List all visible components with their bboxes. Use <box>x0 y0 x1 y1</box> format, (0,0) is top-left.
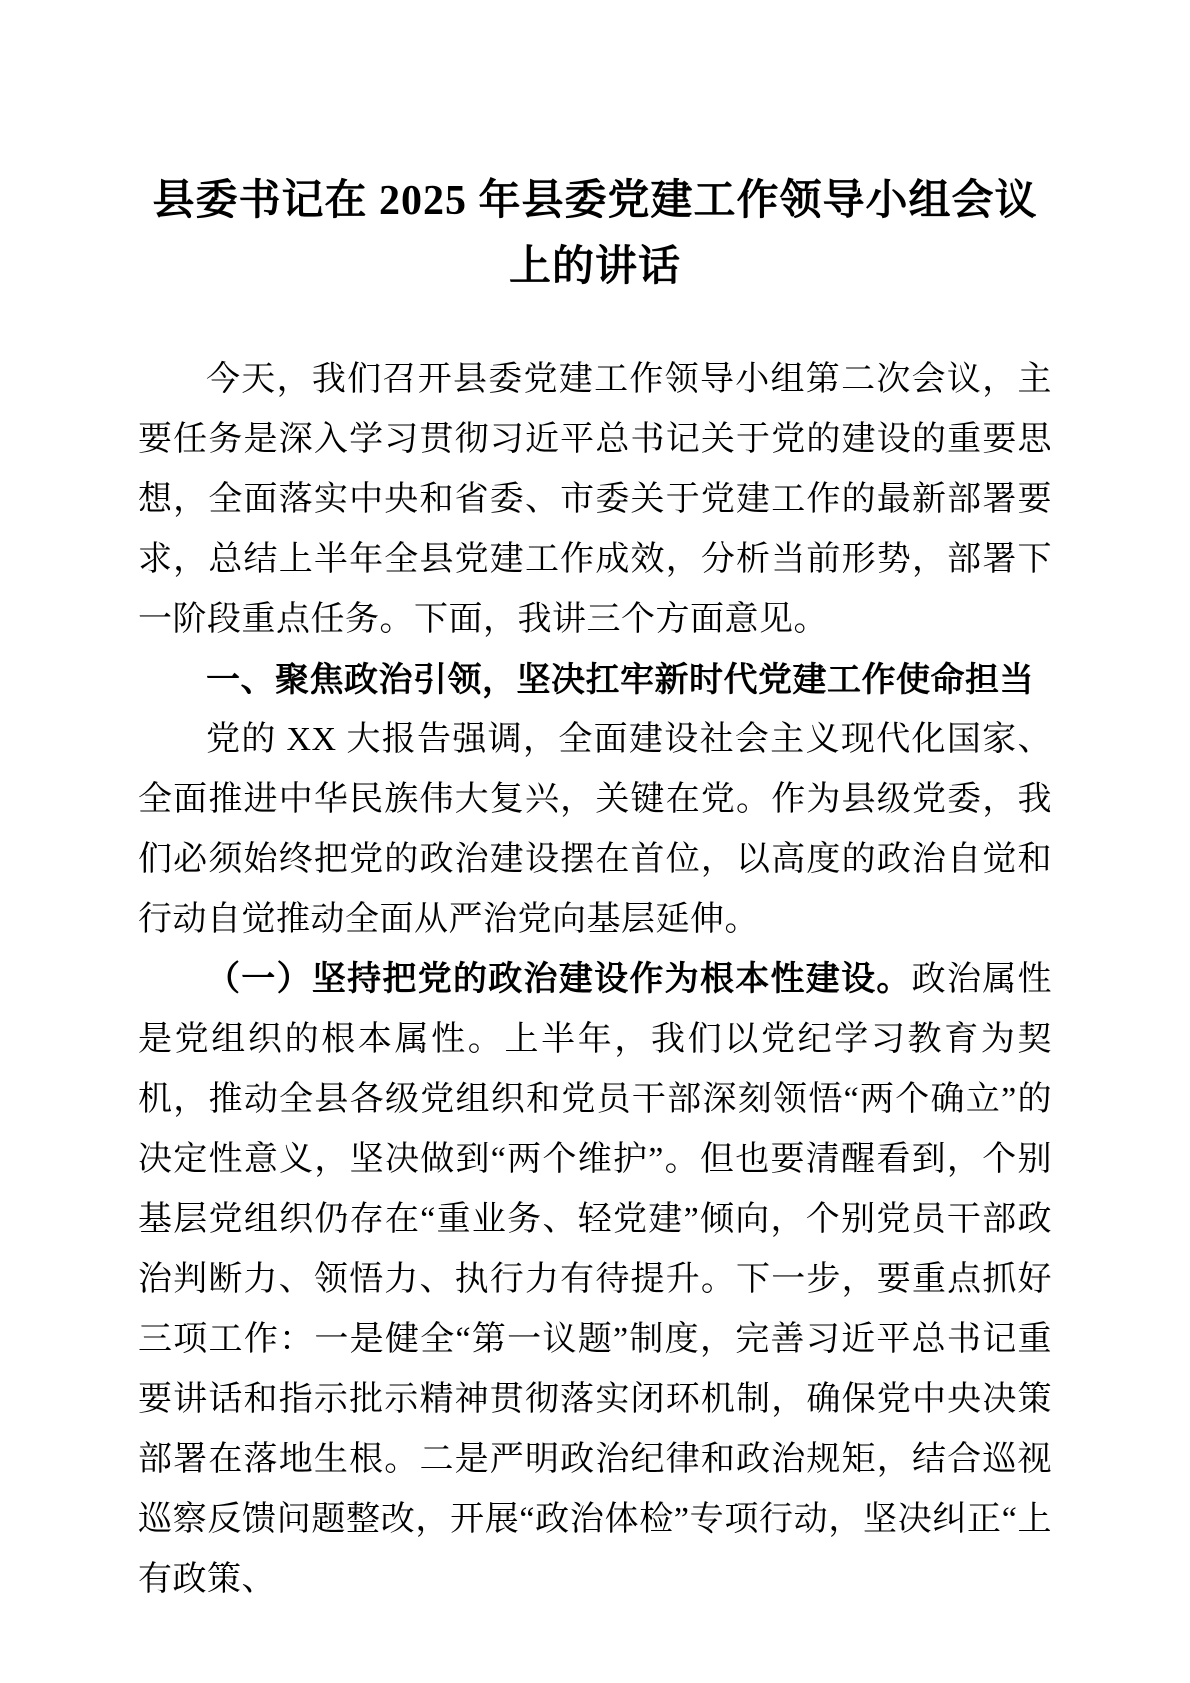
section-1-heading: 一、聚焦政治引领，坚决扛牢新时代党建工作使命担当 <box>138 650 1052 710</box>
document-title: 县委书记在 2025 年县委党建工作领导小组会议上的讲话 <box>138 168 1052 300</box>
document-page: 县委书记在 2025 年县委党建工作领导小组会议上的讲话 今天，我们召开县委党建… <box>0 0 1190 1683</box>
subsection-1-text: 政治属性是党组织的根本属性。上半年，我们以党纪学习教育为契机，推动全县各级党组织… <box>138 961 1052 1598</box>
subsection-1-lead: （一）坚持把党的政治建设作为根本性建设。 <box>206 961 912 998</box>
paragraph-subsection-1: （一）坚持把党的政治建设作为根本性建设。政治属性是党组织的根本属性。上半年，我们… <box>138 950 1052 1610</box>
paragraph-intro: 今天，我们召开县委党建工作领导小组第二次会议，主要任务是深入学习贯彻习近平总书记… <box>138 350 1052 650</box>
paragraph-section1-intro: 党的 XX 大报告强调，全面建设社会主义现代化国家、全面推进中华民族伟大复兴，关… <box>138 710 1052 950</box>
